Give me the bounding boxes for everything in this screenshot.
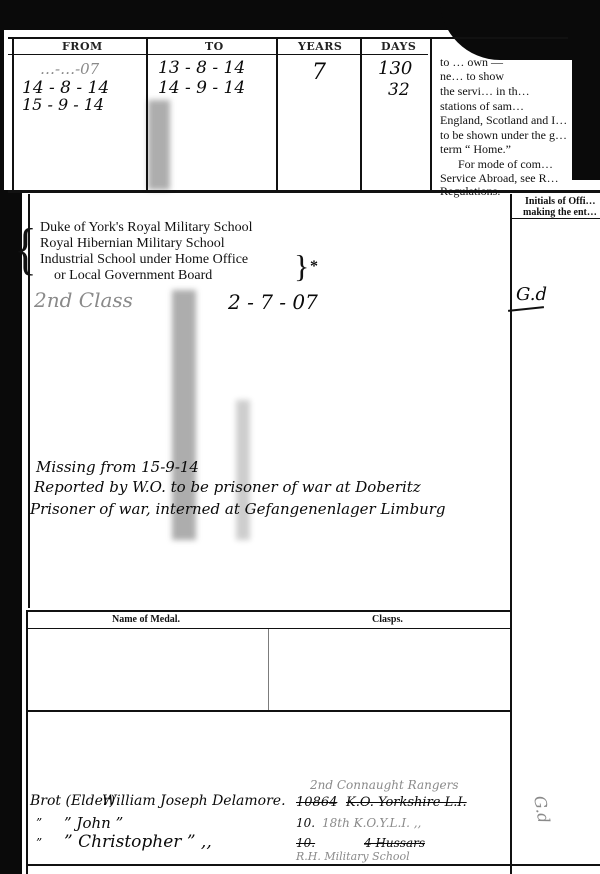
school-option: Duke of York's Royal Military School (40, 220, 253, 236)
initials-header: Initials of Offi… (525, 196, 596, 207)
clasps-header: Clasps. (372, 614, 403, 625)
school-option: or Local Government Board (54, 268, 212, 284)
relative-regiment: 4 Hussars (364, 836, 425, 850)
days-value: 32 (388, 80, 410, 100)
scan-shadow-right (572, 0, 600, 180)
education-date: 2 - 7 - 07 (228, 290, 318, 314)
column-header-from: FROM (62, 40, 103, 53)
education-class: 2nd Class (34, 288, 133, 312)
relative-note: R.H. Military School (296, 850, 410, 863)
remark-line: Prisoner of war, interned at Gefangenenl… (30, 500, 446, 518)
asterisk: * (310, 258, 318, 276)
column-header-years: YEARS (298, 40, 342, 53)
scan-shadow-left-top (0, 30, 4, 190)
relative-name: ” John ” (64, 814, 123, 832)
initials-underline (508, 306, 544, 312)
relatives-initials: G.d (530, 794, 553, 824)
from-date: 15 - 9 - 14 (22, 95, 104, 114)
relative-relation: ” (36, 816, 42, 830)
remark-line: Missing from 15-9-14 (36, 458, 199, 476)
relative-number: 10. (296, 816, 315, 830)
relative-number: 10. (296, 836, 315, 850)
relative-name: ” Christopher ” ,, (64, 832, 212, 852)
relative-regiment: 18th K.O.Y.L.I. ,, (322, 816, 421, 830)
from-date: …-…-07 (40, 60, 99, 78)
school-option: Industrial School under Home Office (40, 252, 248, 268)
remark-line: Reported by W.O. to be prisoner of war a… (34, 478, 421, 496)
brace-left: { (14, 217, 37, 283)
relative-note: 2nd Connaught Rangers (310, 778, 459, 792)
relative-relation: ” (36, 836, 42, 850)
years-value: 7 (312, 60, 326, 85)
column-header-days: DAYS (381, 40, 416, 53)
column-header-to: TO (205, 40, 224, 53)
medal-name-header: Name of Medal. (112, 614, 180, 625)
days-value: 130 (378, 58, 412, 79)
to-date: 13 - 8 - 14 (158, 58, 245, 78)
scan-shadow-left (0, 190, 22, 874)
relative-regiment: K.O. Yorkshire L.I. (346, 795, 467, 810)
school-option: Royal Hibernian Military School (40, 236, 225, 252)
initials-header: making the ent… (523, 207, 597, 218)
to-date: 14 - 9 - 14 (158, 78, 245, 98)
brace-right: } (294, 248, 309, 285)
relative-name: William Joseph Delamore. (102, 793, 286, 809)
education-initials: G.d (516, 284, 547, 305)
relative-number: 10864 (296, 795, 337, 810)
